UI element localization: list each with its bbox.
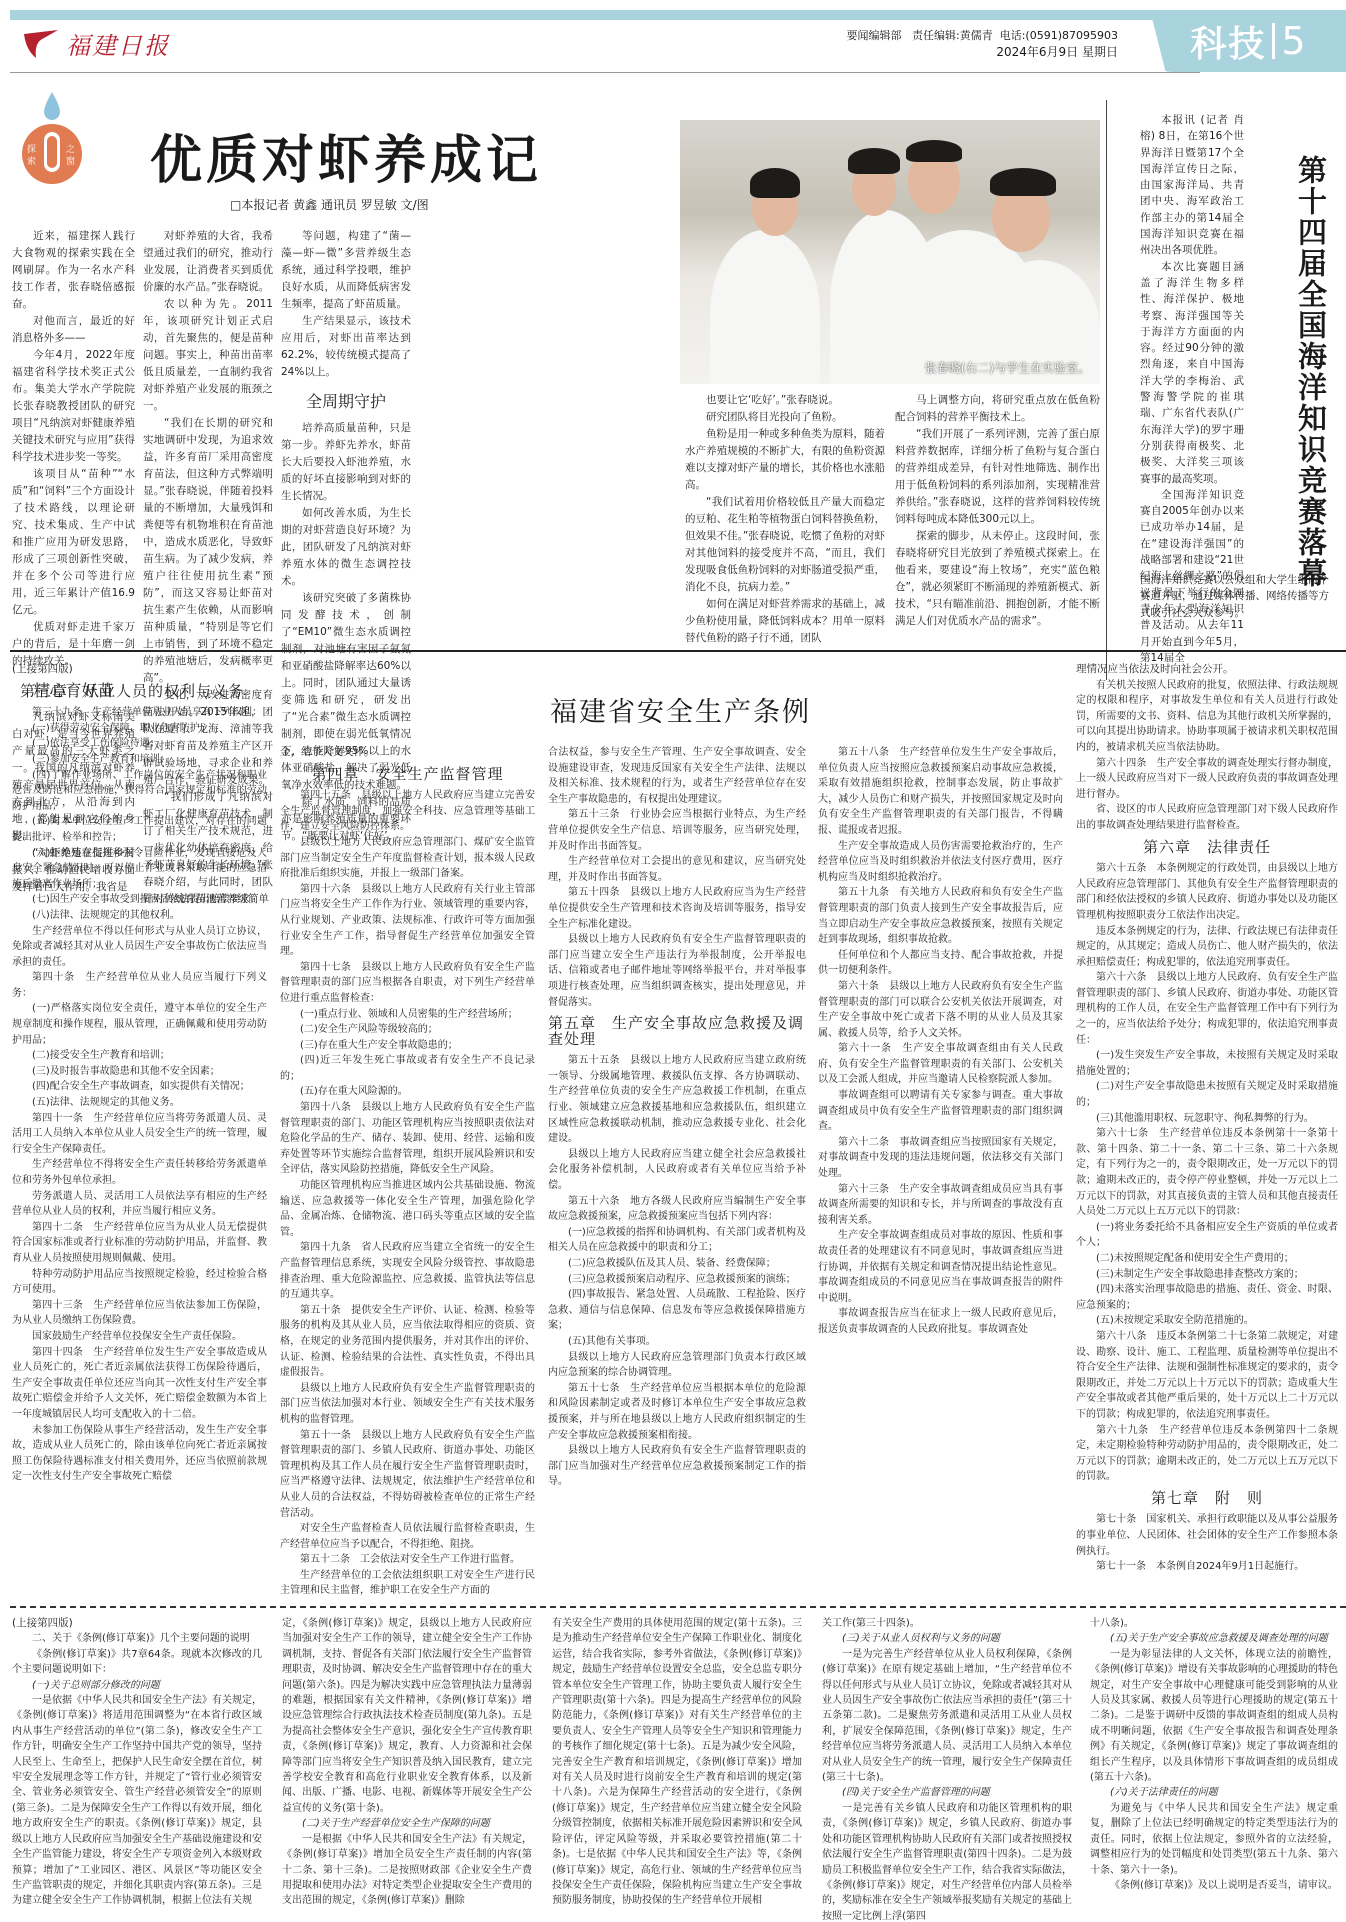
- chapter-5-title: 第五章 生产安全事故应急救援及调查处理: [548, 1016, 806, 1047]
- section-name: 科技: [1190, 16, 1266, 67]
- continued-label: (上接第四版): [12, 662, 267, 678]
- svg-text:探: 探: [27, 143, 36, 155]
- side-story-title: 第十四届全国海洋知识竞赛落幕: [1288, 155, 1328, 589]
- paper-name: 福建日报: [66, 26, 170, 61]
- section-divider: [1272, 23, 1275, 59]
- law-col-d: 第五十八条 生产经营单位发生生产安全事故后，单位负责人应当按照应急救援预案启动事…: [818, 745, 1063, 1338]
- feature-col-4: 也要让它‘吃好’。”张春晓说。 研究团队将目光投向了鱼粉。 鱼粉是用一种或多种鱼…: [685, 392, 885, 647]
- law-col-e: 理情况应当依法及时向社会公开。 有关机关按照人民政府的批复，依照法律、行政法规规…: [1076, 662, 1338, 1575]
- law-col-a: (上接第四版) 第三章 从业人员的权利与义务 第三十九条 生产经营单位从业人员享…: [12, 662, 267, 1485]
- subhead-full-cycle: 全周期守护: [281, 393, 411, 410]
- explain-col-3: 有关安全生产费用的具体使用范围的规定(第十五条)。三是为推动生产经营单位安全生产…: [552, 1616, 802, 1909]
- explain-col-4: 关工作(第三十四条)。 (三)关于从业人员权利与义务的问题 一是为完善生产经营单…: [822, 1616, 1072, 1922]
- explain-col-1: (上接第四版) 二、关于《条例(修订草案)》几个主要问题的说明 《条例(修订草案…: [12, 1616, 262, 1909]
- editor: 责任编辑:黄儒青: [912, 29, 993, 42]
- top-color-bar: [10, 10, 1346, 20]
- dept: 要闻编辑部: [847, 29, 902, 42]
- logo-wing-icon: [22, 28, 60, 60]
- column-divider: [1106, 100, 1107, 680]
- law-col-b: 金，给予人文关怀。 第四章 安全生产监督管理 第四十五条 县级以上地方人民政府应…: [280, 745, 535, 1599]
- test-tube-icon: 探 索 之 窗: [22, 92, 82, 187]
- chapter-6-title: 第六章 法律责任: [1076, 840, 1338, 856]
- newspaper-logo: 福建日报: [22, 26, 170, 61]
- explain-col-5: 十八条)。 (五)关于生产安全事故应急救援及调查处理的问题 一是为彰显法律的人文…: [1090, 1616, 1338, 1893]
- masthead: 福建日报 要闻编辑部 责任编辑:黄儒青 电话:(0591)87095903 20…: [10, 20, 1340, 72]
- side-story-tail: 国海洋知识竞赛以公众组和大学生组两个赛道并驱，通过媒体传播、网络传播等方式吸引社…: [1140, 572, 1336, 621]
- lab-photo: 张春晓(右二)与学生在实验室。: [680, 120, 1100, 384]
- chapter-7-title: 第七章 附 则: [1076, 1491, 1338, 1507]
- chapter-4-title: 第四章 安全生产监督管理: [280, 767, 535, 783]
- law-title: 福建省安全生产条例: [550, 690, 811, 729]
- column-badge: 探 索 之 窗: [22, 92, 82, 187]
- phone: 电话:(0591)87095903: [1000, 29, 1118, 42]
- law-col-c: 合法权益，参与安全生产管理、生产安全事故调查、安全设施建设审查，发现违反国家有关…: [548, 745, 806, 1490]
- svg-text:索: 索: [27, 155, 36, 167]
- issue-date: 2024年6月9日 星期日: [847, 44, 1119, 60]
- chapter-3-title: 第三章 从业人员的权利与义务: [20, 684, 267, 700]
- article-title: 优质对虾养成记: [150, 118, 542, 193]
- continued-label-2: (上接第四版): [12, 1616, 262, 1631]
- article-byline: □本报记者 黄鑫 通讯员 罗昱敏 文/图: [230, 196, 429, 213]
- page-number: 5: [1281, 19, 1305, 63]
- dashed-divider: [10, 1606, 1346, 1608]
- section-rule: [10, 650, 1346, 652]
- edition-info: 要闻编辑部 责任编辑:黄儒青 电话:(0591)87095903 2024年6月…: [847, 28, 1119, 60]
- explain-col-2: 定，《条例(修订草案)》规定，县级以上地方人民政府应当加强对安全生产工作的领导，…: [282, 1616, 532, 1909]
- svg-text:窗: 窗: [66, 155, 75, 167]
- masthead-rule: [10, 72, 1200, 73]
- svg-text:之: 之: [66, 143, 75, 155]
- section-tab: 科技 5: [1150, 10, 1346, 72]
- feature-col-5: 马上调整方向，将研究重点放在低鱼粉配合饲料的营养平衡技术上。 “我们开展了一系列…: [895, 392, 1100, 630]
- photo-caption: 张春晓(右二)与学生在实验室。: [925, 359, 1090, 376]
